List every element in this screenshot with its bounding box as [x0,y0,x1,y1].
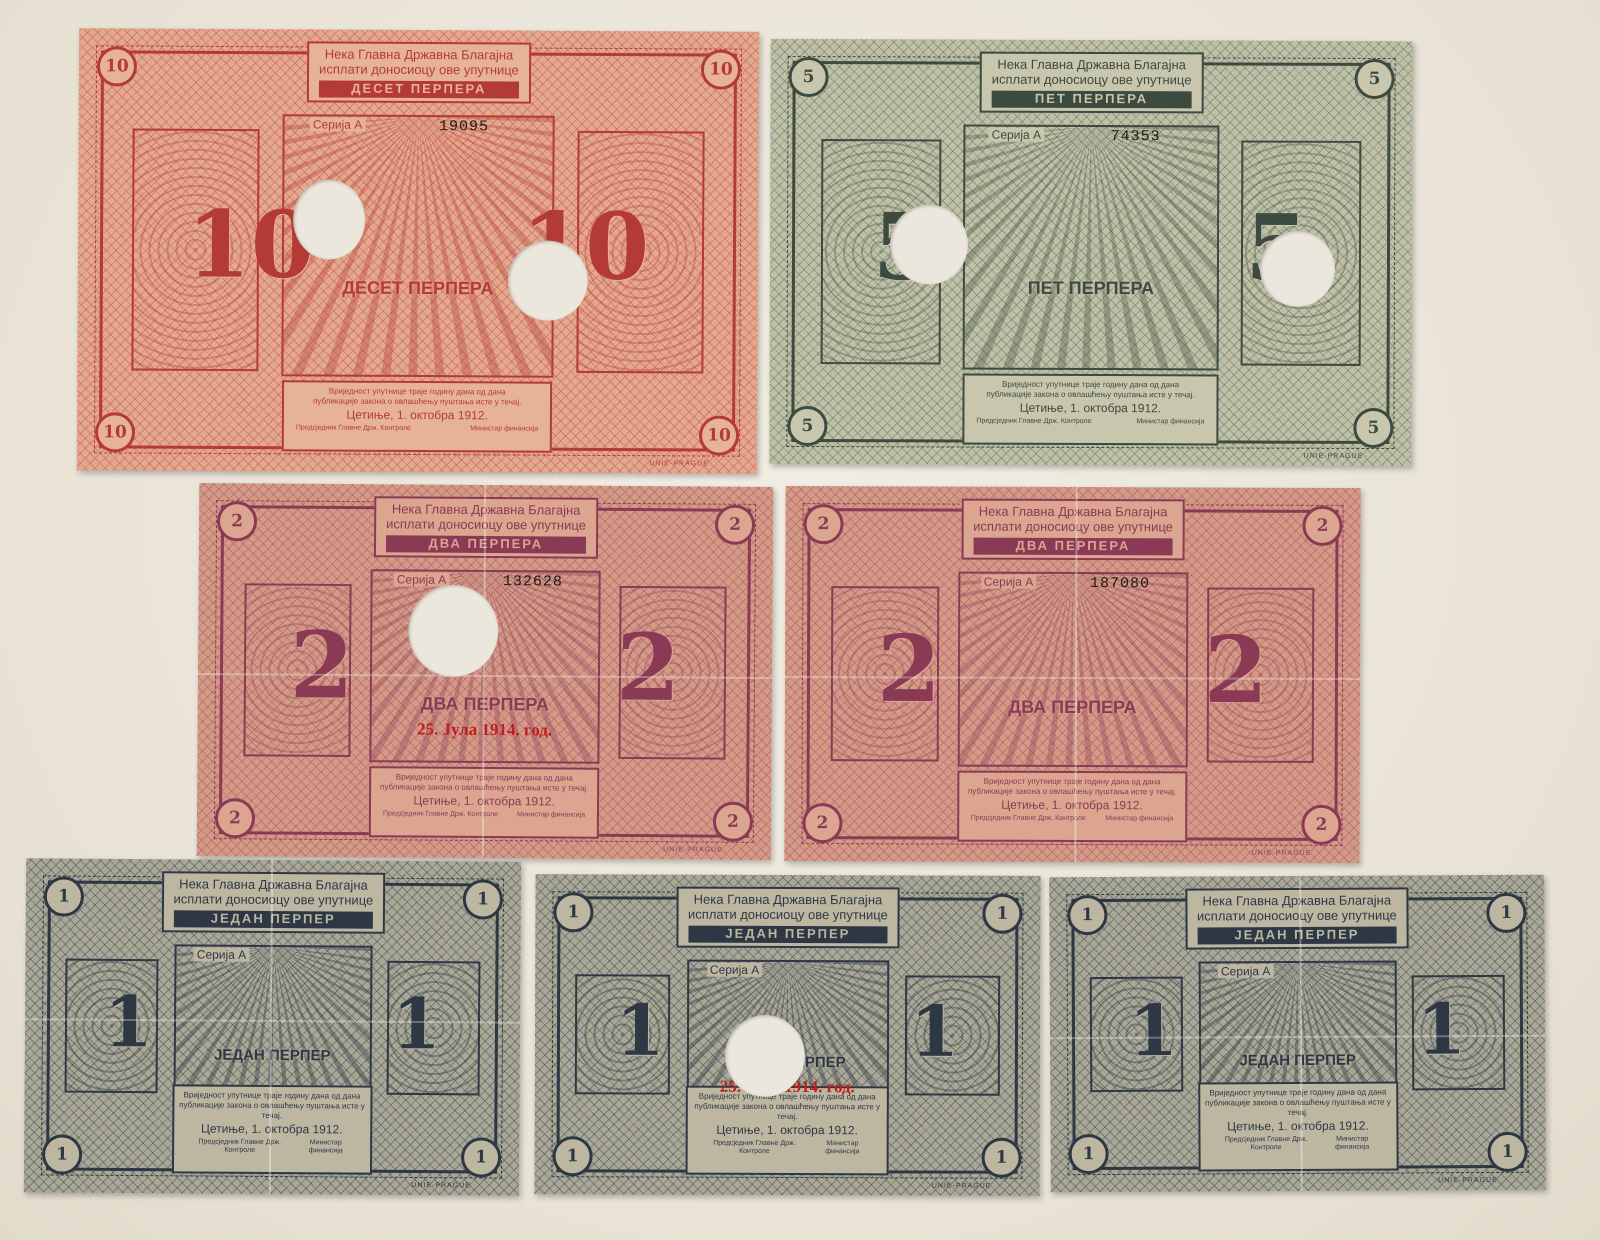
corner-denomination: 2 [713,802,753,842]
signature-left-title: Предсједник Главне Држ. Контроле [1212,1135,1320,1153]
denomination-word: ЈЕДАН ПЕРПЕР [1197,926,1397,944]
corner-denomination: 2 [715,505,755,545]
printer-mark: UNIE-PRAGUE [663,846,723,853]
note-heading: Нека Главна Државна Благајна исплати дон… [980,52,1204,114]
corner-denomination: 2 [803,504,843,544]
issue-text-box: Вриједност упутнице траје годину дана од… [957,771,1188,843]
signature-right-title: Министар финансија [810,1140,875,1158]
note-heading: Нека Главна Државна Благајна исплати дон… [676,887,900,949]
corner-denomination: 10 [701,49,741,89]
center-denomination-word: ЈЕДАН ПЕРПЕР [1239,1052,1356,1070]
punch-hole [293,179,365,259]
punch-hole [408,584,499,677]
series-label: Серија А [989,128,1044,142]
corner-denomination: 5 [787,406,827,446]
serial-number: 74353 [1111,128,1161,145]
signature-left-title: Предсједник Главне Држ. Контроле [976,418,1091,427]
signature-right-title: Министар финансија [1105,815,1173,824]
issue-text-box: Вриједност упутнице траје годину дана од… [685,1085,889,1175]
place-date: Цетиње, 1. октобра 1912. [968,401,1212,417]
corner-denomination: 5 [789,57,829,97]
series-label: Серија А [1218,964,1273,978]
large-numeral: 1 [1129,988,1178,1071]
center-denomination-word: ДВА ПЕРПЕРА [1008,697,1136,718]
series-label: Серија А [981,575,1036,589]
corner-denomination: 1 [553,1136,593,1176]
center-denomination-word: ПЕТ ПЕРПЕРА [1028,278,1154,299]
heading-line-2: исплати доносиоцу ове упутнице [319,62,519,78]
banknote-note-1b: Нека Главна Државна Благајна исплати дон… [534,874,1040,1196]
coat-of-arms-panel [957,572,1188,768]
corner-denomination: 1 [461,1137,501,1177]
corner-denomination: 1 [1486,893,1526,933]
banknote-note-1c: Нека Главна Државна Благајна исплати дон… [1049,875,1546,1193]
printer-mark: UNIE-PRAGUE [411,1182,471,1189]
punch-hole [508,240,588,320]
series-label: Серија А [394,572,450,586]
signature-right-title: Министар финансија [470,426,538,435]
printer-mark: UNIE-PRAGUE [649,460,709,467]
corner-denomination: 2 [1302,506,1342,546]
note-heading: Нека Главна Државна Благајна исплати дон… [161,871,385,933]
heading-line-2: исплати доносиоцу ове упутнице [173,892,373,908]
corner-denomination: 1 [553,892,593,932]
large-numeral: 2 [1204,616,1268,724]
place-date: Цетиње, 1. октобра 1912. [963,798,1182,814]
series-label: Серија А [194,947,250,961]
issue-text-box: Вриједност упутнице траје годину дана од… [282,381,553,453]
corner-denomination: 1 [1069,1134,1109,1174]
series-label: Серија А [310,117,365,131]
large-numeral: 2 [616,613,681,721]
corner-denomination: 1 [982,1138,1022,1178]
corner-denomination: 2 [802,803,842,843]
signature-left-title: Предсједник Главне Држ. Контроле [383,811,498,821]
issue-text-box: Вриједност упутнице траје годину дана од… [171,1084,372,1175]
signature-right-title: Министар финансија [1320,1135,1384,1153]
punch-hole [725,1015,805,1097]
signature-left-title: Предсједник Главне Држ. Контроле [296,425,411,434]
denomination-word: ДЕСЕТ ПЕРПЕРА [319,80,519,98]
corner-denomination: 1 [1067,895,1107,935]
validity-line-2: публикације закона о овлашћењу пуштања и… [694,1101,880,1120]
denomination-word: ДВА ПЕРПЕРА [973,538,1173,556]
large-numeral: 2 [289,611,354,719]
denomination-word: ЈЕДАН ПЕРПЕР [173,910,373,928]
corner-denomination: 5 [1355,59,1395,99]
banknote-note-5: Нека Главна Државна Благајна исплати дон… [769,39,1412,466]
corner-denomination: 1 [44,876,84,916]
corner-denomination: 1 [463,879,503,919]
banknote-note-2b: Нека Главна Државна Благајна исплати дон… [784,486,1360,863]
heading-line-2: исплати доносиоцу ове упутнице [992,73,1192,89]
corner-denomination: 1 [982,894,1022,934]
large-numeral: 1 [1417,987,1466,1070]
signature-left-title: Предсједник Главне Држ. Контроле [971,815,1086,824]
corner-denomination: 1 [1488,1132,1528,1172]
large-numeral: 1 [392,982,441,1065]
validity-line-1: Вриједност упутнице траје годину дана од… [984,777,1161,787]
signature-left-title: Предсједник Главне Држ. Контроле [186,1138,294,1156]
banknote-note-2a: Нека Главна Државна Благајна исплати дон… [197,483,774,860]
issue-text-box: Вриједност упутнице траје годину дана од… [1198,1081,1399,1172]
center-denomination-word: ДЕСЕТ ПЕРПЕРА [342,277,493,299]
corner-denomination: 2 [217,501,257,541]
validity-line-2: публикације закона о овлашћењу пуштања и… [986,390,1194,400]
printer-mark: UNIE-PRAGUE [1252,850,1312,857]
validity-line-1: Вриједност упутнице траје годину дана од… [329,387,506,397]
heading-line-2: исплати доносиоцу ове упутнице [973,520,1173,536]
corner-denomination: 10 [95,412,135,452]
note-heading: Нека Главна Државна Благајна исплати дон… [961,499,1185,561]
heading-line-2: исплати доносиоцу ове упутнице [688,908,888,924]
banknote-note-1a: Нека Главна Државна Благајна исплати дон… [24,858,521,1195]
denomination-word: ПЕТ ПЕРПЕРА [992,91,1192,109]
place-date: Цетиње, 1. октобра 1912. [288,408,546,424]
corner-denomination: 10 [699,415,739,455]
validity-line-2: публикације закона о овлашћењу пуштања и… [968,787,1176,797]
signature-right-title: Министар финансија [517,811,585,820]
issue-text-box: Вриједност упутнице траје годину дана од… [962,374,1218,446]
corner-denomination: 10 [97,46,137,86]
validity-line-1: Вриједност упутнице траје годину дана од… [184,1090,361,1100]
corner-denomination: 1 [42,1134,82,1174]
signature-right-title: Министар финансија [294,1139,358,1157]
printer-mark: UNIE-PRAGUE [932,1183,992,1190]
signature-right-title: Министар финансија [1136,418,1204,427]
series-label: Серија А [707,963,762,977]
punch-hole [890,204,968,284]
denomination-word: ЈЕДАН ПЕРПЕР [688,926,888,944]
validity-line-2: публикације закона о овлашћењу пуштања и… [1205,1097,1391,1117]
large-numeral: 1 [616,989,665,1072]
banknote-note-10: Нека Главна Државна Благајна исплати дон… [77,28,759,474]
large-numeral: 2 [877,614,941,722]
serial-number: 187080 [1090,575,1150,592]
note-heading: Нека Главна Државна Благајна исплати дон… [1185,887,1409,949]
large-numeral: 1 [104,980,153,1063]
validity-line-2: публикације закона о овлашћењу пуштања и… [313,397,521,407]
coat-of-arms-panel [1198,960,1397,1096]
serial-number: 132628 [503,573,563,590]
corner-denomination: 2 [215,798,255,838]
validity-line-2: публикације закона о овлашћењу пуштања и… [179,1100,365,1120]
validity-line-1: Вриједност упутнице траје годину дана од… [1209,1087,1386,1097]
large-numeral: 1 [910,990,959,1073]
printer-mark: UNIE-PRAGUE [1438,1177,1498,1184]
punch-hole [1260,231,1335,307]
note-heading: Нека Главна Државна Благајна исплати дон… [307,41,531,103]
signature-left-title: Предсједник Главне Држ. Контроле [699,1139,810,1157]
heading-line-2: исплати доносиоцу ове упутнице [1197,908,1397,924]
place-date: Цетиње, 1. октобра 1912. [178,1121,366,1137]
printer-mark: UNIE-PRAGUE [1304,453,1364,460]
validity-line-1: Вриједност упутнице траје годину дана од… [1002,380,1179,390]
center-denomination-word: ЈЕДАН ПЕРПЕР [214,1047,331,1065]
place-date: Цетиње, 1. октобра 1912. [1204,1118,1392,1134]
corner-denomination: 2 [1301,805,1341,845]
coat-of-arms-panel [962,125,1220,371]
serial-number: 19095 [439,118,489,135]
place-date: Цетиње, 1. октобра 1912. [691,1122,883,1138]
corner-denomination: 5 [1353,408,1393,448]
